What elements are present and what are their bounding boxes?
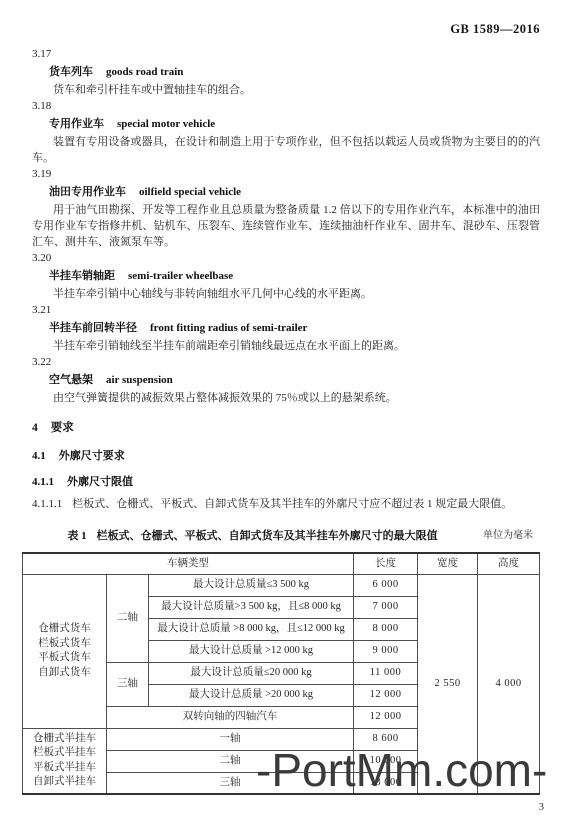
axle-cell-three: 三轴 — [107, 662, 149, 706]
length-cell: 12 000 — [354, 706, 418, 728]
length-cell: 12 000 — [354, 684, 418, 706]
term-en: air suspension — [106, 374, 173, 386]
length-cell: 8 000 — [354, 618, 418, 640]
definition-text: 由空气弹簧提供的减振效果占整体减振效果的 75％或以上的悬架系统。 — [32, 390, 540, 406]
definition-text: 半挂车牵引销轴线至半挂车前端距牵引销轴线最远点在水平面上的距离。 — [32, 338, 540, 354]
table-caption: 表 1栏板式、仓栅式、平板式、自卸式货车及其半挂车外廓尺寸的最大限值 单位为毫米 — [22, 528, 539, 544]
term-en: goods road train — [106, 66, 183, 78]
vehicle-type-cell-trucks: 仓栅式货车 栏板式货车 平板式货车 自卸式货车 — [23, 574, 107, 728]
mass-desc-cell: 最大设计总质量 >20 000 kg — [149, 684, 354, 706]
vehicle-type-line: 栏板式货车 — [25, 637, 104, 652]
section-3-20: 3.20 半挂车销轴距semi-trailer wheelbase 半挂车牵引销… — [32, 250, 540, 302]
vehicle-type-line: 平板式货车 — [25, 651, 104, 666]
section-3-22: 3.22 空气悬架air suspension 由空气弹簧提供的减振效果占整体减… — [32, 354, 540, 406]
heading-4: 4要求 — [32, 420, 540, 436]
clause-text: 栏板式、仓栅式、平板式、自卸式货车及其半挂车的外廓尺寸应不超过表 1 规定最大限… — [72, 498, 512, 510]
mass-desc-cell: 最大设计总质量>3 500 kg，且≤8 000 kg — [149, 596, 354, 618]
definition-text: 半挂车牵引销中心轴线与非转向轴组水平几何中心线的水平距离。 — [32, 286, 540, 302]
heading-4-1: 4.1外廓尺寸要求 — [32, 448, 540, 464]
section-3-17: 3.17 货车列车goods road train 货车和牵引杆挂车或中置轴挂车… — [32, 46, 540, 98]
mass-desc-cell: 最大设计总质量≤3 500 kg — [149, 574, 354, 596]
term-zh: 半挂车销轴距 — [49, 270, 115, 282]
header-height: 高度 — [478, 553, 540, 574]
clause-4-1-1-1: 4.1.1.1栏板式、仓栅式、平板式、自卸式货车及其半挂车的外廓尺寸应不超过表 … — [32, 496, 540, 512]
heading-number: 4.1 — [32, 450, 46, 462]
axle-cell-two: 二轴 — [107, 574, 149, 662]
length-cell: 9 000 — [354, 640, 418, 662]
length-cell: 6 000 — [354, 574, 418, 596]
heading-title: 要求 — [51, 422, 74, 434]
table-header-row: 车辆类型 长度 宽度 高度 — [23, 553, 540, 574]
term-en: special motor vehicle — [117, 118, 215, 130]
document-page: GB 1589—2016 3.17 货车列车goods road train 货… — [0, 0, 563, 820]
term-zh: 半挂车前回转半径 — [49, 322, 137, 334]
page-content: 3.17 货车列车goods road train 货车和牵引杆挂车或中置轴挂车… — [0, 46, 563, 795]
doc-number: GB 1589—2016 — [0, 22, 540, 37]
clause-number: 4.1.1.1 — [32, 498, 62, 510]
term-heading: 半挂车销轴距semi-trailer wheelbase — [32, 268, 540, 284]
heading-title: 外廓尺寸要求 — [59, 450, 125, 462]
mass-desc-cell: 最大设计总质量 >12 000 kg — [149, 640, 354, 662]
clause-number: 3.20 — [32, 250, 540, 266]
watermark: -PortMm.com- — [256, 747, 547, 793]
header-vehicle-type: 车辆类型 — [23, 553, 354, 574]
header-length: 长度 — [354, 553, 418, 574]
clause-number: 3.21 — [32, 302, 540, 318]
term-heading: 油田专用作业车oilfield special vehicle — [32, 184, 540, 200]
table-unit-note: 单位为毫米 — [483, 528, 539, 544]
vehicle-type-line: 平板式半挂车 — [25, 761, 104, 776]
section-3-21: 3.21 半挂车前回转半径front fitting radius of sem… — [32, 302, 540, 354]
term-zh: 空气悬架 — [49, 374, 93, 386]
clause-number: 3.17 — [32, 46, 540, 62]
term-zh: 专用作业车 — [49, 118, 104, 130]
heading-title: 外廓尺寸限值 — [67, 476, 133, 488]
heading-4-1-1: 4.1.1外廓尺寸限值 — [32, 474, 540, 490]
mass-desc-cell: 最大设计总质量 >8 000 kg，且≤12 000 kg — [149, 618, 354, 640]
heading-number: 4.1.1 — [32, 476, 54, 488]
term-heading: 半挂车前回转半径front fitting radius of semi-tra… — [32, 320, 540, 336]
mass-desc-cell: 双转向轴的四轴汽车 — [107, 706, 354, 728]
header-width: 宽度 — [418, 553, 478, 574]
vehicle-type-cell-semitrailers: 仓栅式半挂车 栏板式半挂车 平板式半挂车 自卸式半挂车 — [23, 728, 107, 794]
section-3-19: 3.19 油田专用作业车oilfield special vehicle 用于油… — [32, 166, 540, 250]
length-cell: 11 000 — [354, 662, 418, 684]
clause-number: 3.18 — [32, 98, 540, 114]
clause-number: 3.22 — [32, 354, 540, 370]
definition-text: 货车和牵引杆挂车或中置轴挂车的组合。 — [32, 82, 540, 98]
definition-text: 用于油气田勘探、开发等工程作业且总质量为整备质量 1.2 倍以下的专用作业汽车，… — [32, 202, 540, 250]
table-row: 仓栅式货车 栏板式货车 平板式货车 自卸式货车 二轴 最大设计总质量≤3 500… — [23, 574, 540, 596]
vehicle-type-line: 栏板式半挂车 — [25, 746, 104, 761]
term-en: front fitting radius of semi-trailer — [150, 322, 307, 334]
term-zh: 货车列车 — [49, 66, 93, 78]
table-label: 表 1 — [67, 530, 86, 542]
section-3-18: 3.18 专用作业车special motor vehicle 装置有专用设备或… — [32, 98, 540, 166]
table-title: 栏板式、仓栅式、平板式、自卸式货车及其半挂车外廓尺寸的最大限值 — [97, 530, 438, 542]
term-heading: 专用作业车special motor vehicle — [32, 116, 540, 132]
table-caption-text: 表 1栏板式、仓栅式、平板式、自卸式货车及其半挂车外廓尺寸的最大限值 — [22, 528, 483, 544]
clause-number: 3.19 — [32, 166, 540, 182]
term-zh: 油田专用作业车 — [49, 186, 126, 198]
vehicle-type-line: 自卸式半挂车 — [25, 775, 104, 790]
page-number: 3 — [539, 802, 544, 813]
length-cell: 7 000 — [354, 596, 418, 618]
vehicle-type-line: 自卸式货车 — [25, 666, 104, 681]
term-en: semi-trailer wheelbase — [128, 270, 233, 282]
term-en: oilfield special vehicle — [139, 186, 241, 198]
heading-number: 4 — [32, 422, 38, 434]
vehicle-type-line: 仓栅式货车 — [25, 622, 104, 637]
definition-text: 装置有专用设备或器具，在设计和制造上用于专项作业，但不包括以载运人员或货物为主要… — [32, 134, 540, 166]
term-heading: 货车列车goods road train — [32, 64, 540, 80]
term-heading: 空气悬架air suspension — [32, 372, 540, 388]
vehicle-type-line: 仓栅式半挂车 — [25, 732, 104, 747]
mass-desc-cell: 最大设计总质量≤20 000 kg — [149, 662, 354, 684]
